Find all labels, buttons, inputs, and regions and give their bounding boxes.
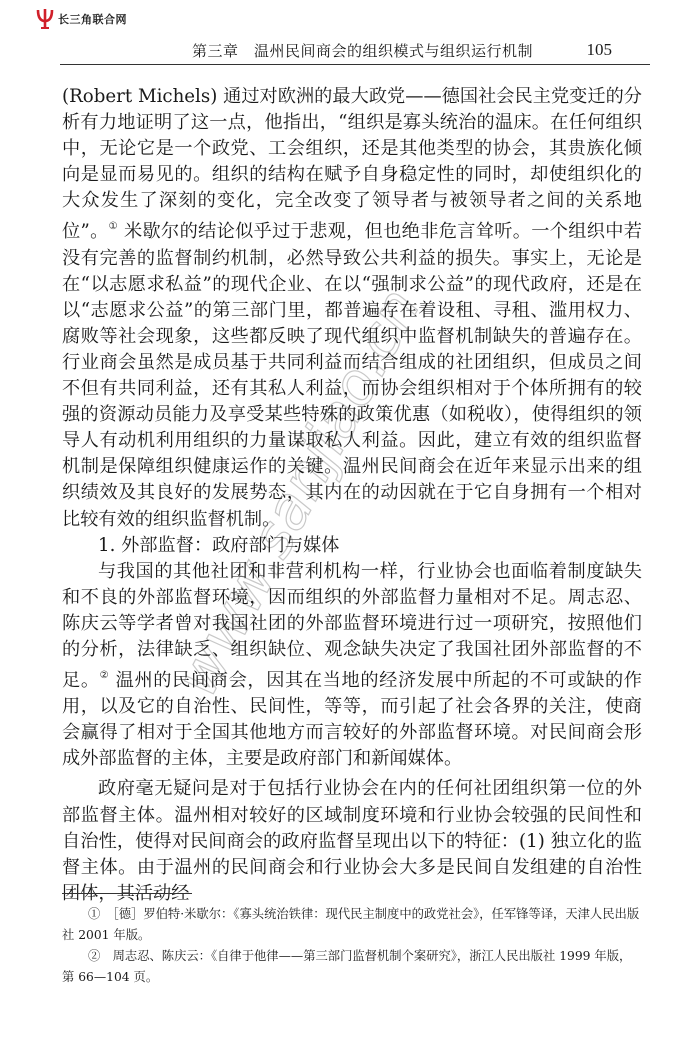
running-head: 第三章 温州民间商会的组织模式与组织运行机制 105 [60,40,650,65]
logo-text: 长三角联合网 [58,11,127,27]
footnote-ref-1[interactable]: ① [109,221,118,232]
section-heading: 1. 外部监督：政府部门与媒体 [62,533,642,559]
paragraph: (Robert Michels) 通过对欧洲的最大政党——德国社会民主党变迁的分… [62,84,642,533]
page-number: 105 [587,40,613,60]
footnote-ref-2[interactable]: ② [100,670,110,681]
site-logo: 长三角联合网 [36,8,127,30]
body-text: (Robert Michels) 通过对欧洲的最大政党——德国社会民主党变迁的分… [62,84,642,907]
footnote-1: ① ［德］罗伯特·米歇尔：《寡头统治铁律：现代民主制度中的政党社会》，任军锋等译… [62,904,642,946]
footnote-divider [62,893,192,894]
paragraph: 政府毫无疑问是对于包括行业协会在内的任何社团组织第一位的外部监督主体。温州相对较… [62,776,642,906]
paragraph: 与我国的其他社团和非营利机构一样，行业协会也面临着制度缺失和不良的外部监督环境，… [62,559,642,773]
psi-logo-icon [36,8,54,30]
footnotes: ① ［德］罗伯特·米歇尔：《寡头统治铁律：现代民主制度中的政党社会》，任军锋等译… [62,904,642,988]
chapter-title: 第三章 温州民间商会的组织模式与组织运行机制 [192,40,533,61]
footnote-2: ② 周志忍、陈庆云：《自律于他律——第三部门监督机制个案研究》，浙江人民出版社 … [62,946,642,988]
